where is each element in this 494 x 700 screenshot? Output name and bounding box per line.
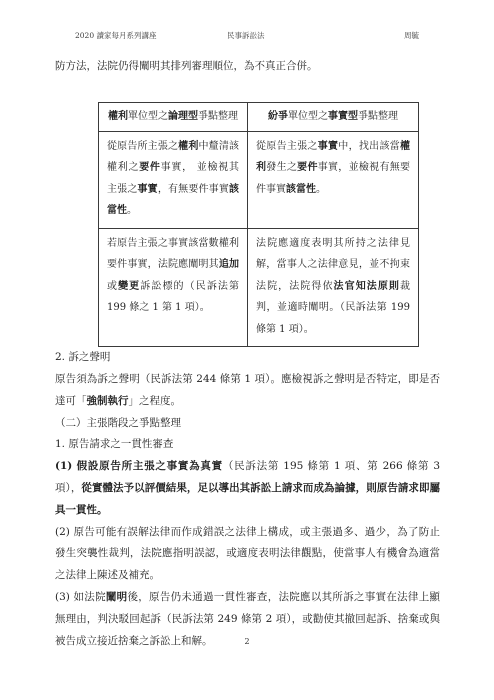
table-header-dispute-unit: 紛爭單位型之事實型爭點整理 bbox=[248, 102, 419, 131]
intro-paragraph: 防方法，法院仍得闡明其排列審理順位，為不真正合併。 bbox=[55, 56, 440, 78]
paragraph-point-1: (1) 假設原告所主張之事實為真實（民訴法第 195 條第 1 項、第 266 … bbox=[55, 456, 440, 521]
header-subject: 民事訴訟法 bbox=[227, 30, 265, 41]
page-number: 2 bbox=[0, 637, 494, 646]
heading-subitem-1: 1. 原告請求之一貫性審查 bbox=[55, 434, 440, 456]
header-course-title: 2020 讀家每月系列講座 bbox=[75, 30, 156, 41]
document-page: 2020 讀家每月系列講座 民事訴訟法 周毓 防方法，法院仍得闡明其排列審理順位… bbox=[0, 0, 494, 700]
heading-item-2: 2. 訴之聲明 bbox=[55, 347, 440, 369]
table-cell-rights-row1: 從原告所主張之權利中釐清該權利之要件事實， 並檢視其主張之事實，有無要件事實該當… bbox=[99, 131, 248, 228]
heading-section-2: （二）主張階段之爭點整理 bbox=[55, 413, 440, 435]
table-row: 從原告所主張之權利中釐清該權利之要件事實， 並檢視其主張之事實，有無要件事實該當… bbox=[99, 131, 419, 228]
issue-organization-table: 權利單位型之論理型爭點整理 紛爭單位型之事實型爭點整理 從原告所主張之權利中釐清… bbox=[98, 102, 419, 348]
table-row: 若原告主張之事實該當數權利要件事實，法院應闡明其追加或變更訴訟標的（民訴法第 1… bbox=[99, 228, 419, 347]
paragraph-item-2: 原告須為訴之聲明（民訴法第 244 條第 1 項）。應檢視訴之聲明是否特定，即是… bbox=[55, 369, 440, 413]
table-header-row: 權利單位型之論理型爭點整理 紛爭單位型之事實型爭點整理 bbox=[99, 102, 419, 131]
table-cell-dispute-row2: 法院應適度表明其所持之法律見解，當事人之法律意見，並不拘束法院，法院得依法官知法… bbox=[248, 228, 419, 347]
table-cell-rights-row2: 若原告主張之事實該當數權利要件事實，法院應闡明其追加或變更訴訟標的（民訴法第 1… bbox=[99, 228, 248, 347]
table-cell-dispute-row1: 從原告主張之事實中，找出該當權利發生之要件事實，並檢視有無要件事實該當性。 bbox=[248, 131, 419, 228]
table-header-rights-unit: 權利單位型之論理型爭點整理 bbox=[99, 102, 248, 131]
paragraph-point-2: (2) 原告可能有誤解法律而作成錯誤之法律上構成，或主張過多、過少，為了防止發生… bbox=[55, 522, 440, 587]
document-body: 防方法，法院仍得闡明其排列審理順位，為不真正合併。 權利單位型之論理型爭點整理 … bbox=[55, 56, 440, 652]
header-author: 周毓 bbox=[404, 30, 419, 41]
